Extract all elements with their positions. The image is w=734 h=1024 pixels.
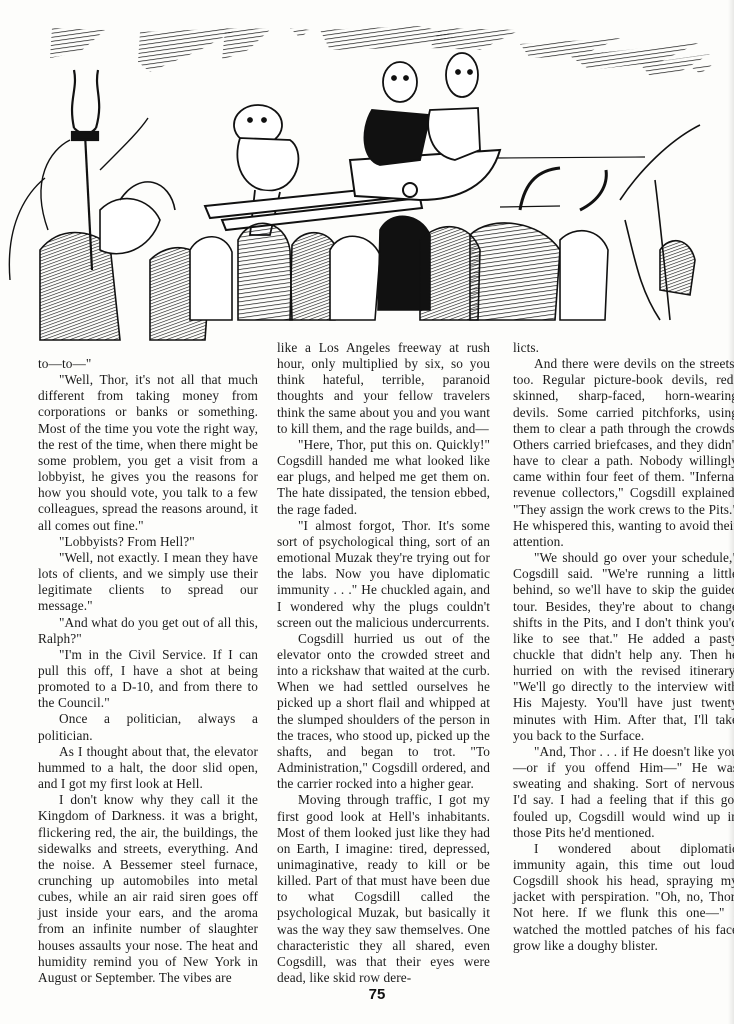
paragraph: licts. <box>513 340 734 356</box>
paragraph: to—to—" <box>38 356 258 372</box>
page-number: 75 <box>357 986 397 1003</box>
paragraph: And there were devils on the streets, to… <box>513 356 734 550</box>
paragraph: I wondered about diplomatic immunity aga… <box>513 841 734 954</box>
paragraph: "Here, Thor, put this on. Quickly!" Cogs… <box>277 437 490 518</box>
cartoon-drawing <box>0 20 734 350</box>
paragraph: "I almost forgot, Thor. It's some sort o… <box>277 518 490 631</box>
paragraph: "Well, Thor, it's not all that much diff… <box>38 372 258 534</box>
smoke-streaks <box>50 26 716 76</box>
paragraph: "We should go over your schedule," Cogsd… <box>513 550 734 744</box>
paragraph: Moving through traffic, I got my first g… <box>277 792 490 986</box>
illustration-hell-rickshaw <box>0 20 734 350</box>
paragraph: As I thought about that, the elevator hu… <box>38 744 258 792</box>
text-column-3: licts. And there were devils on the stre… <box>513 340 734 954</box>
paragraph: "And what do you get out of all this, Ra… <box>38 615 258 647</box>
paragraph: I don't know why they call it the Kingdo… <box>38 792 258 986</box>
paragraph: "And, Thor . . . if He doesn't like you—… <box>513 744 734 841</box>
paragraph: "Well, not exactly. I mean they have lot… <box>38 550 258 615</box>
paragraph: Once a politician, always a politician. <box>38 711 258 743</box>
paragraph: "I'm in the Civil Service. If I can pull… <box>38 647 258 712</box>
paragraph: like a Los Angeles freeway at rush hour,… <box>277 340 490 437</box>
passenger-businessman-left <box>364 62 430 165</box>
paragraph: Cogsdill hurried us out of the elevator … <box>277 631 490 793</box>
paragraph: "Lobbyists? From Hell?" <box>38 534 258 550</box>
passenger-man-right <box>428 53 480 160</box>
text-column-2: like a Los Angeles freeway at rush hour,… <box>277 340 490 986</box>
text-column-1: to—to—" "Well, Thor, it's not all that m… <box>38 356 258 986</box>
